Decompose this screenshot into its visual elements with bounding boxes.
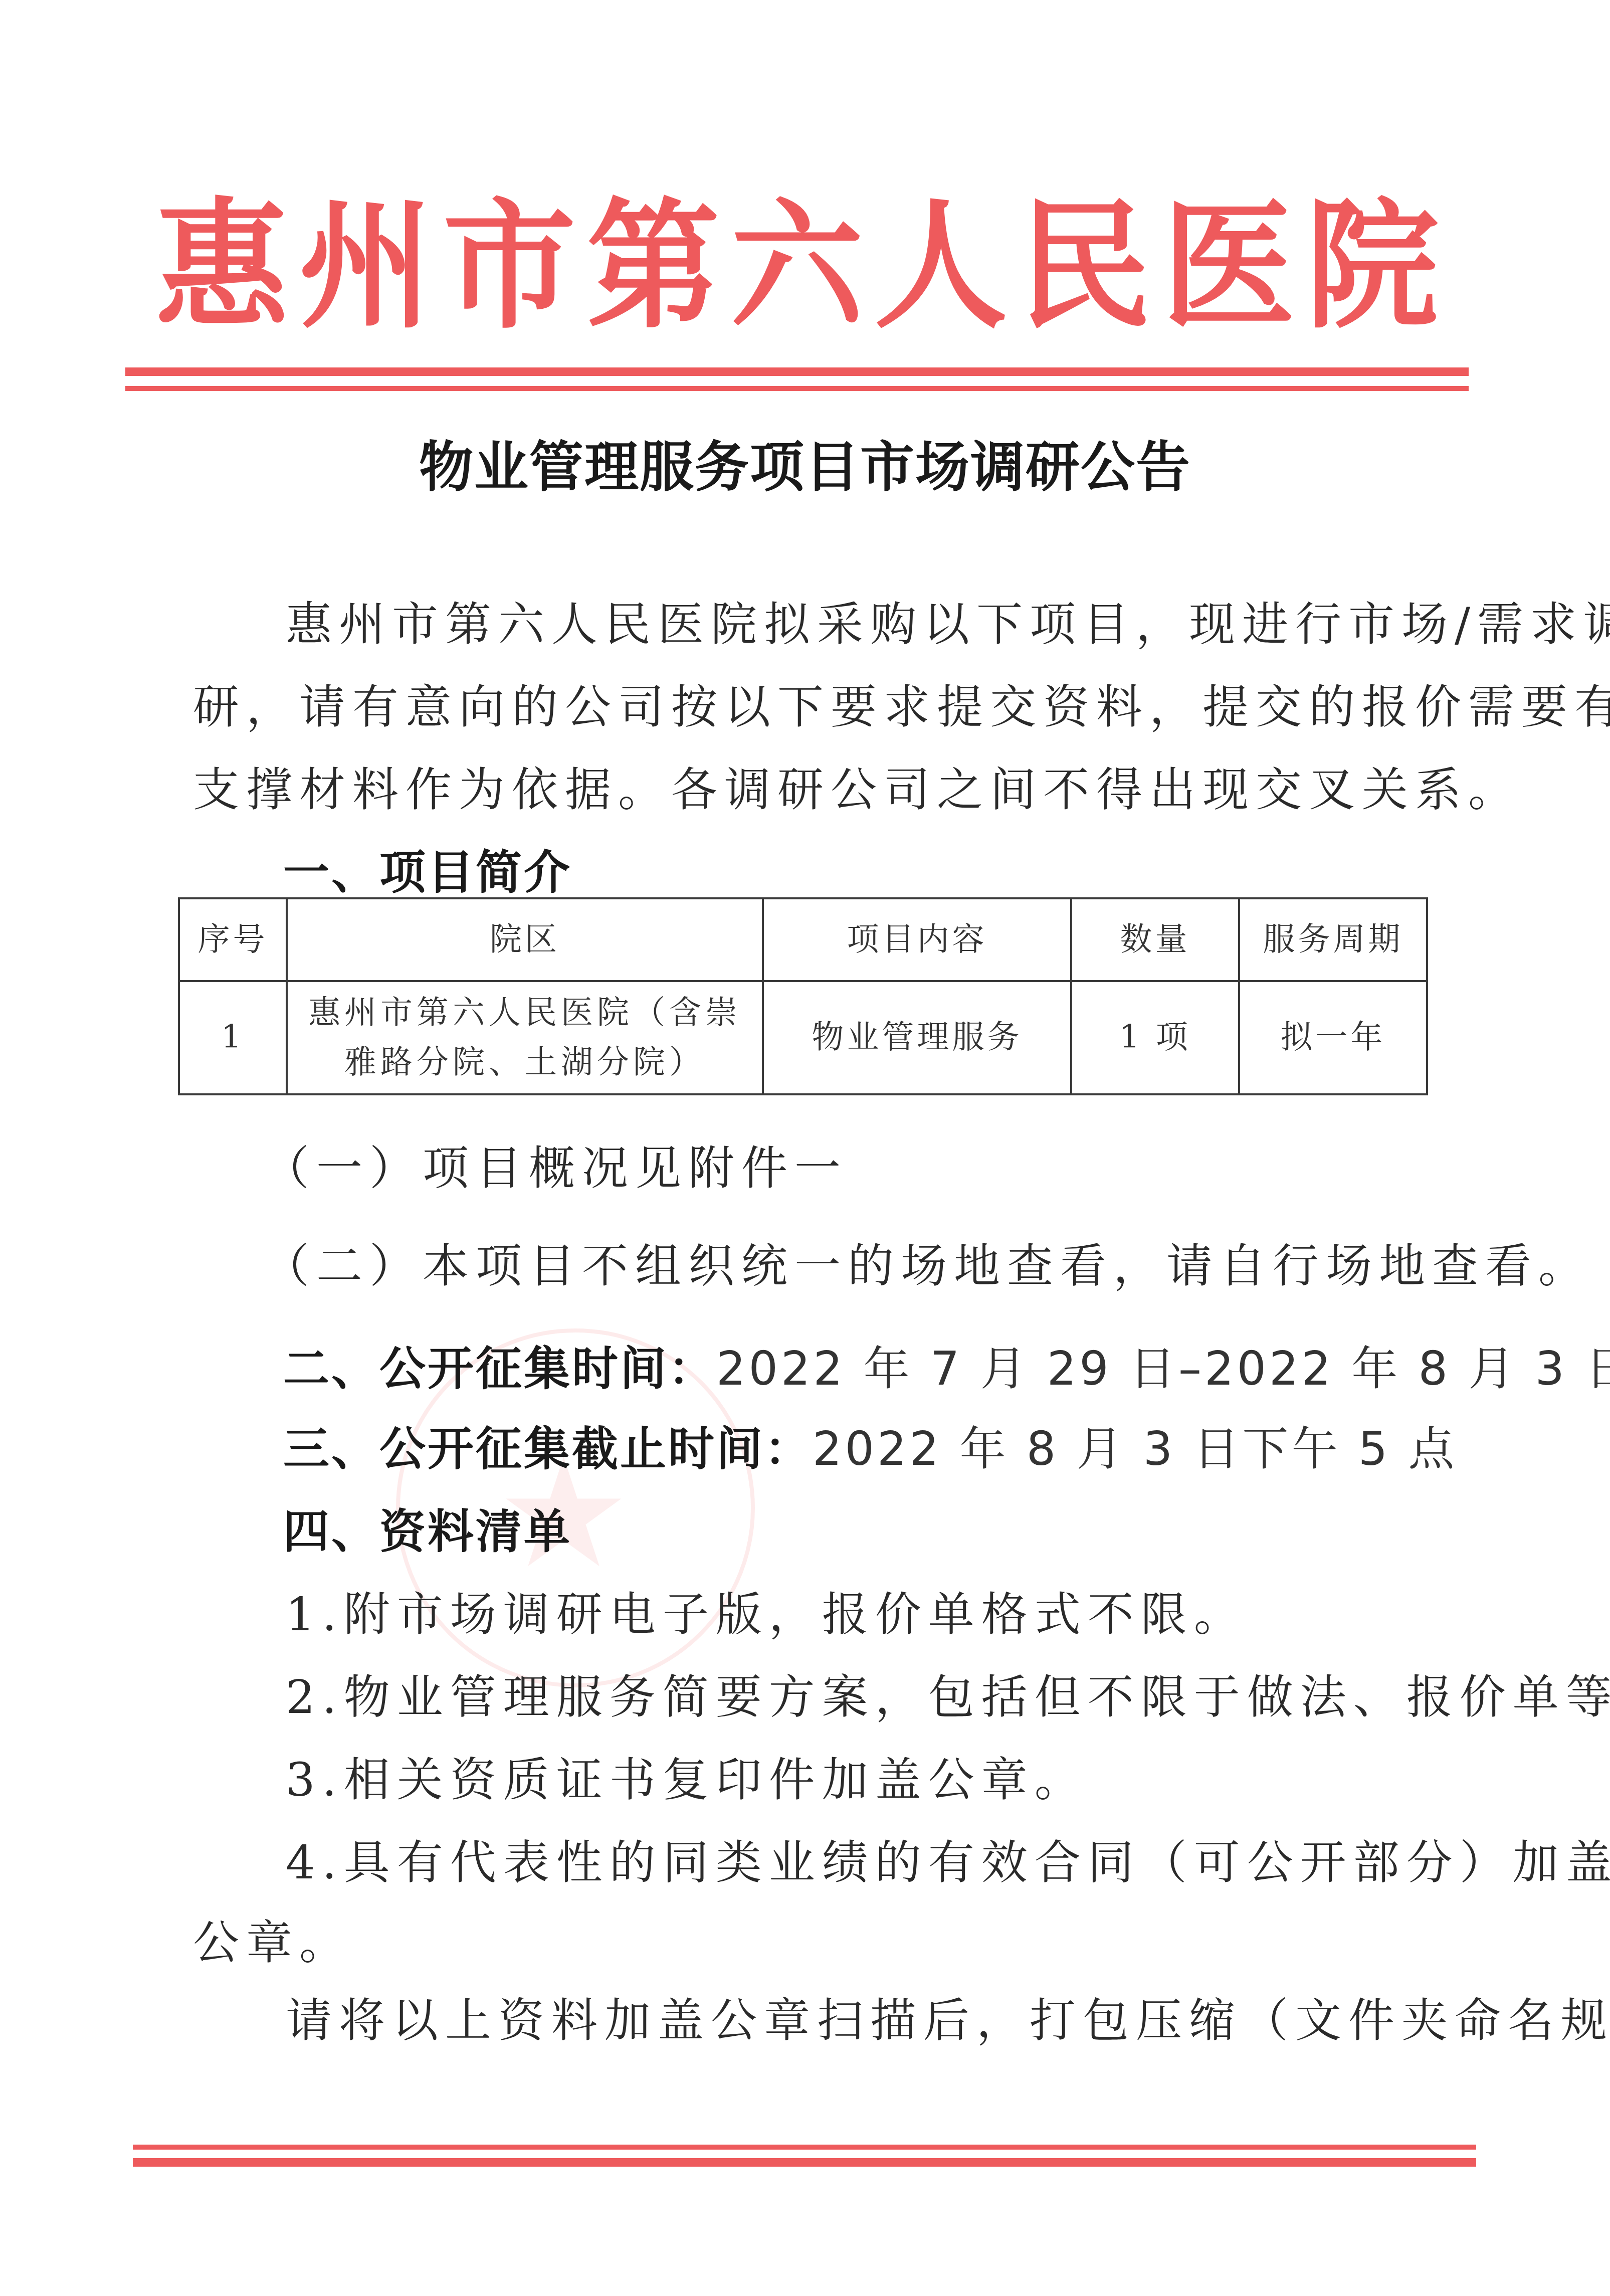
note-1: （一）项目概况见附件一	[263, 1145, 1496, 1192]
closing-line: 请将以上资料加盖公章扫描后，打包压缩（文件夹命名规	[286, 1998, 1426, 2044]
section-2-value: 2022 年 7 月 29 日–2022 年 8 月 3 日	[716, 1342, 1610, 1396]
cell-quantity: 1 项	[1071, 981, 1239, 1094]
section-4-heading: 四、资料清单	[283, 1509, 572, 1555]
section-2-heading: 二、公开征集时间：2022 年 7 月 29 日–2022 年 8 月 3 日	[283, 1346, 1610, 1392]
masthead-char: 医	[1162, 196, 1295, 335]
list-item-3: 3.相关资质证书复印件加盖公章。	[286, 1757, 1426, 1803]
masthead-char: 六	[731, 196, 864, 335]
project-brief-table: 序号 院区 项目内容 数量 服务周期 1 惠州市第六人民医院（含崇雅路分院、土湖…	[178, 897, 1428, 1095]
section-3-heading: 三、公开征集截止时间：2022 年 8 月 3 日下午 5 点	[283, 1426, 1457, 1472]
list-item-4: 4.具有代表性的同类业绩的有效合同（可公开部分）加盖	[286, 1840, 1426, 1886]
cell-period: 拟一年	[1239, 981, 1427, 1094]
cell-index: 1	[179, 981, 287, 1094]
list-item-2: 2.物业管理服务简要方案，包括但不限于做法、报价单等。	[286, 1674, 1426, 1720]
masthead-org-name: 惠 州 市 第 六 人 民 医 院	[125, 185, 1469, 346]
masthead-char: 院	[1306, 196, 1439, 335]
header-cell-index: 序号	[179, 898, 287, 981]
footer-rule-thin	[133, 2145, 1476, 2150]
cell-campus: 惠州市第六人民医院（含崇雅路分院、土湖分院）	[287, 981, 763, 1094]
header-rule-thick	[125, 367, 1469, 376]
list-item-4-continuation: 公章。	[193, 1920, 1426, 1966]
section-3-label: 三、公开征集截止时间：	[283, 1422, 813, 1476]
header-cell-content: 项目内容	[763, 898, 1071, 981]
masthead-char: 州	[299, 196, 432, 335]
section-2-label: 二、公开征集时间：	[283, 1342, 716, 1396]
section-1-heading: 一、项目简介	[283, 850, 572, 896]
header-cell-campus: 院区	[287, 898, 763, 981]
header-cell-quantity: 数量	[1071, 898, 1239, 981]
header-rule-thin	[125, 386, 1469, 391]
masthead-char: 惠	[155, 196, 288, 335]
intro-line-2: 研，请有意向的公司按以下要求提交资料，提交的报价需要有	[193, 684, 1426, 730]
header-cell-period: 服务周期	[1239, 898, 1427, 981]
note-2: （二）本项目不组织统一的场地查看，请自行场地查看。	[263, 1243, 1496, 1289]
intro-line-3: 支撑材料作为依据。各调研公司之间不得出现交叉关系。	[193, 767, 1426, 813]
footer-rule-thick	[133, 2158, 1476, 2167]
cell-content: 物业管理服务	[763, 981, 1071, 1094]
table-header-row: 序号 院区 项目内容 数量 服务周期	[179, 898, 1427, 981]
list-item-1: 1.附市场调研电子版，报价单格式不限。	[286, 1592, 1426, 1638]
document-title: 物业管理服务项目市场调研公告	[0, 424, 1610, 501]
intro-line-1: 惠州市第六人民医院拟采购以下项目，现进行市场/需求调	[286, 602, 1426, 648]
masthead-char: 第	[587, 196, 720, 335]
masthead-char: 人	[874, 196, 1007, 335]
table-row: 1 惠州市第六人民医院（含崇雅路分院、土湖分院） 物业管理服务 1 项 拟一年	[179, 981, 1427, 1094]
masthead-char: 市	[443, 196, 576, 335]
section-3-value: 2022 年 8 月 3 日下午 5 点	[813, 1422, 1457, 1476]
masthead-char: 民	[1018, 196, 1151, 335]
